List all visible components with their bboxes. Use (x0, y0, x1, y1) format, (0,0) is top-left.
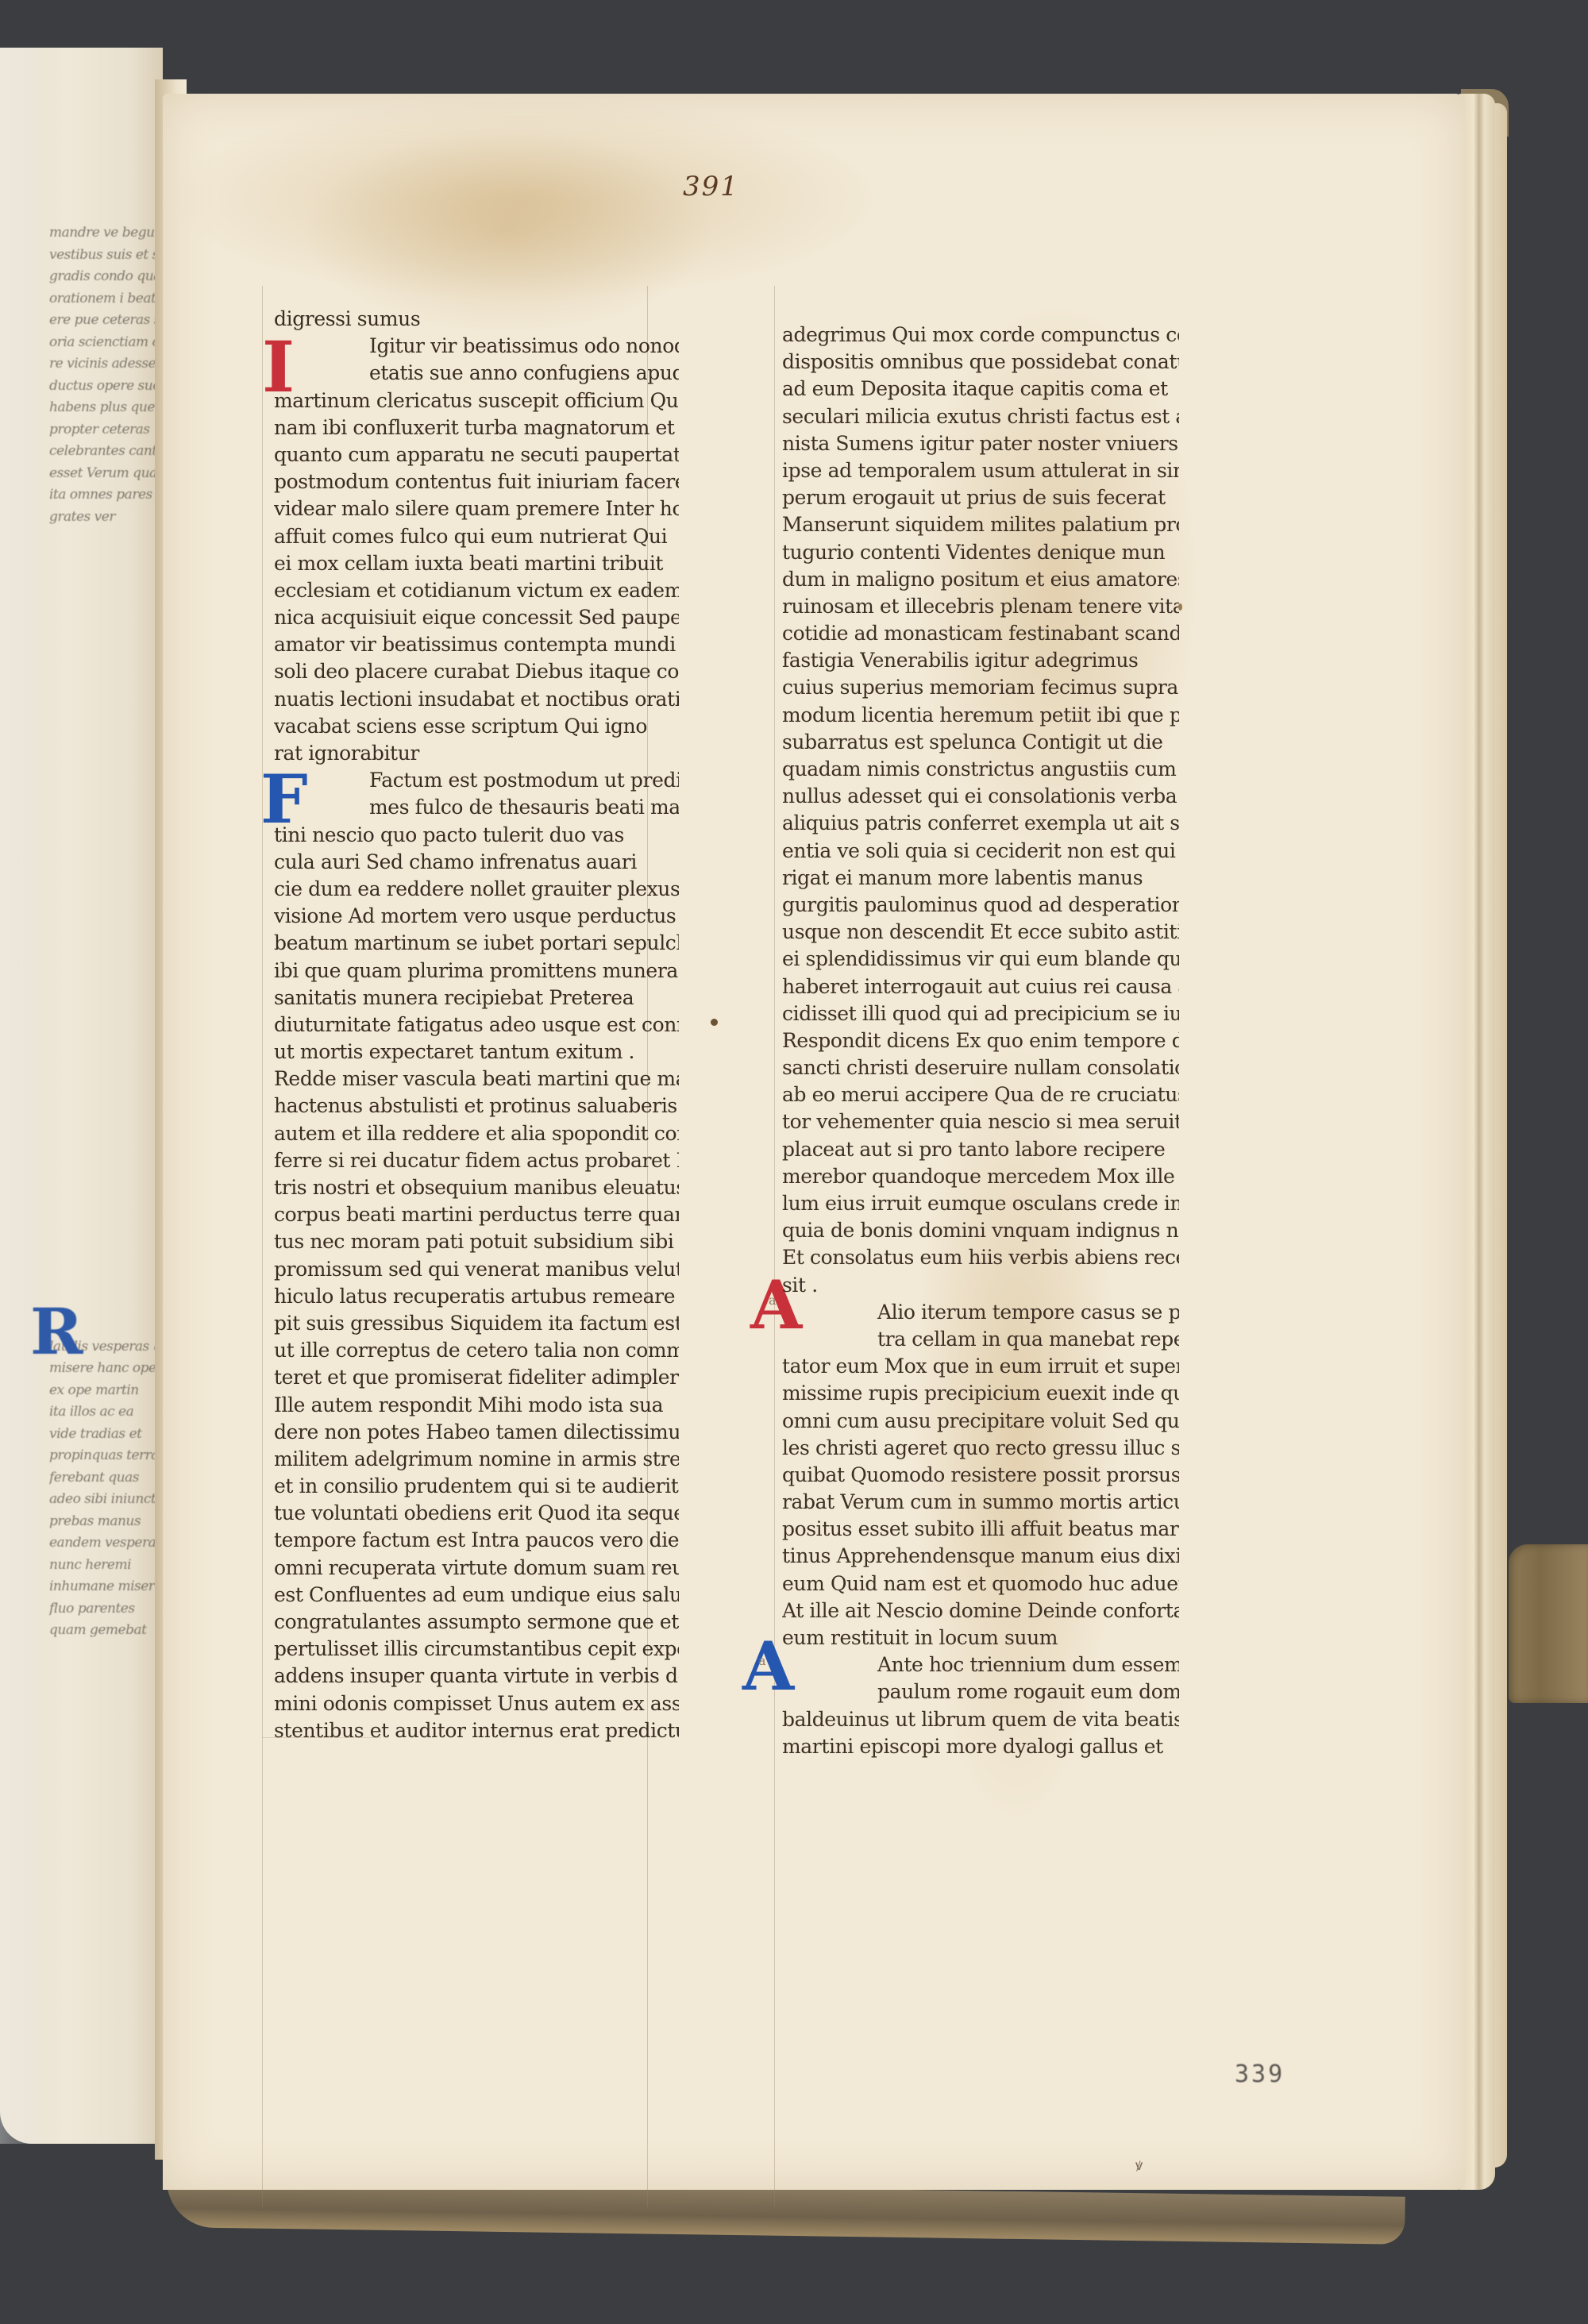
text-line: tra cellam in qua manebat repertus tem (782, 1326, 1179, 1353)
text-line: eum Quid nam est et quomodo huc aduenist… (782, 1571, 1179, 1598)
verso-text-line (49, 921, 160, 943)
ink-foliation-number: 391 (683, 171, 739, 202)
bottom-mark: ꝟ (1135, 2156, 1143, 2175)
verso-text-line (49, 1162, 160, 1184)
verso-text-line (49, 572, 160, 594)
verso-text-line (49, 769, 160, 791)
text-line: corpus beati martini perductus terre qua… (274, 1201, 679, 1228)
verso-text-line: nunc heremi (49, 1555, 160, 1577)
text-line: Ille autem respondit Mihi modo ista sua (274, 1392, 679, 1419)
verso-text-line: orationem i beati martini ope (49, 288, 160, 310)
verso-text-line: inhumane miser (49, 1576, 160, 1598)
text-line: gurgitis paulominus quod ad desperatione… (782, 892, 1179, 919)
verso-text-line (49, 1052, 160, 1074)
text-line: teret et que promiserat fideliter adimpl… (274, 1364, 679, 1391)
text-column-right: adegrimus Qui mox corde compunctus compu… (782, 322, 1179, 1760)
text-line: usque non descendit Et ecce subito astit… (782, 919, 1179, 946)
verso-text-line (49, 987, 160, 1009)
verso-text-line (49, 681, 160, 703)
text-line: cotidie ad monasticam festinabant scande… (782, 620, 1179, 647)
text-line: At ille ait Nescio domine Deinde confort… (782, 1598, 1179, 1624)
verso-text-line: ere pue ceteras sua a (49, 310, 160, 332)
text-line: aliquius patris conferret exempla ut ait… (782, 810, 1179, 837)
verso-text-line: ita omnes pares (49, 484, 160, 507)
text-line: diuturnitate fatigatus adeo usque est co… (274, 1012, 679, 1039)
verso-text-line (49, 615, 160, 638)
text-line: ad eum Deposita itaque capitis coma et (782, 376, 1179, 403)
verso-page-text: mandre ve beguinis scandalvestibus suis … (49, 222, 160, 1642)
text-line: soli deo placere curabat Diebus itaque c… (274, 658, 679, 685)
text-line: quadam nimis constrictus angustiis cum (782, 756, 1179, 783)
text-line: rigat ei manum more labentis manus (782, 865, 1179, 892)
text-line: tue voluntati obediens erit Quod ita seq… (274, 1500, 679, 1527)
text-line: Manserunt siquidem milites palatium pro … (782, 511, 1179, 538)
leather-clasp-tab (1509, 1544, 1588, 1703)
text-line: tini nescio quo pacto tulerit duo vas (274, 822, 679, 849)
verso-text-line: mandre ve beguinis scandal (49, 222, 160, 245)
verso-text-line (49, 1183, 160, 1205)
text-line: tator eum Mox que in eum irruit et super… (782, 1353, 1179, 1380)
verso-text-line (49, 1227, 160, 1249)
text-line: etatis sue anno confugiens apud beatum (274, 360, 679, 387)
text-line: ipse ad temporalem usum attulerat in sin… (782, 457, 1179, 484)
text-line: tus nec moram pati potuit subsidium sibi (274, 1228, 679, 1255)
verso-text-line (49, 943, 160, 965)
text-line: baldeuinus ut librum quem de vita beatis… (782, 1706, 1179, 1733)
text-line: nullus adesset qui ei consolationis verb… (782, 783, 1179, 810)
text-line: videar malo silere quam premere Inter ho… (274, 495, 679, 522)
verso-text-line: quam gemebat (49, 1620, 160, 1642)
verso-text-line: vestibus suis et suas vel scandal (49, 245, 160, 267)
text-line: Respondit dicens Ex quo enim tempore dom… (782, 1027, 1179, 1054)
text-line: nuatis lectioni insudabat et noctibus or… (274, 686, 679, 713)
text-line: hiculo latus recuperatis artubus remeare… (274, 1283, 679, 1310)
verso-text-line: celebrantes cantus (49, 441, 160, 463)
text-line: nista Sumens igitur pater noster vniuers… (782, 430, 1179, 457)
text-line: dere non potes Habeo tamen dilectissimum (274, 1419, 679, 1446)
verso-text-line (49, 746, 160, 769)
text-line: ab eo merui accipere Qua de re cruciatus (782, 1081, 1179, 1108)
verso-text-line (49, 1205, 160, 1228)
text-line: entia ve soli quia si ceciderit non est … (782, 838, 1179, 865)
verso-text-line (49, 725, 160, 747)
verso-text-line: adeo sibi iniunct (49, 1489, 160, 1511)
text-line: tinus Apprehendensque manum eius dixit a… (782, 1543, 1179, 1570)
text-line: digressi sumus (274, 306, 679, 333)
text-line: placeat aut si pro tanto labore recipere (782, 1136, 1179, 1163)
text-line: militem adelgrimum nomine in armis stren… (274, 1446, 679, 1473)
text-line: Ante hoc triennium dum essemus apud beat… (782, 1651, 1179, 1678)
verso-text-line (49, 790, 160, 812)
verso-text-line (49, 812, 160, 834)
text-line: dum in maligno positum et eius amatores (782, 566, 1179, 593)
verso-text-line: ductus opere suos locus (49, 376, 160, 398)
text-line: mini odonis compisset Unus autem ex assi (274, 1690, 679, 1717)
verso-initial-r: R (30, 1294, 83, 1369)
verso-text-line (49, 1096, 160, 1118)
text-line: haberet interrogauit aut cuius rei causa… (782, 973, 1179, 1000)
text-line: paulum rome rogauit eum dominus abbas (782, 1678, 1179, 1705)
verso-text-line: oria scienctiam ordine (49, 332, 160, 354)
text-line: rat ignorabitur (274, 740, 679, 767)
text-line: Alio iterum tempore casus se prebuit ut … (782, 1299, 1179, 1326)
verso-text-line: propter ceteras (49, 419, 160, 441)
verso-text-line: propinquas terras (49, 1445, 160, 1467)
verso-text-line: re vicinis adessent (49, 353, 160, 376)
text-line: hactenus abstulisti et protinus saluaber… (274, 1093, 679, 1120)
text-line: autem et illa reddere et alia spopondit … (274, 1120, 679, 1147)
text-line: beatum martinum se iubet portari sepulch… (274, 930, 679, 957)
text-line: omni recuperata virtute domum suam reuer… (274, 1555, 679, 1582)
text-line: lum eius irruit eumque osculans crede in… (782, 1190, 1179, 1217)
text-line: ut ille correptus de cetero talia non co… (274, 1337, 679, 1364)
text-line: est Confluentes ad eum undique eius salu… (274, 1582, 679, 1609)
text-line: cula auri Sed chamo infrenatus auari (274, 849, 679, 876)
text-line: missime rupis precipicium euexit inde qu… (782, 1380, 1179, 1407)
text-line: Et consolatus eum hiis verbis abiens rec… (782, 1244, 1179, 1271)
verso-text-line (49, 965, 160, 987)
verso-text-line (49, 1031, 160, 1053)
text-line: amator vir beatissimus contempta mundi g… (274, 631, 679, 658)
verso-text-line (49, 1074, 160, 1096)
text-line: fastigia Venerabilis igitur adegrimus (782, 647, 1179, 674)
ink-speck (711, 1019, 718, 1026)
text-line: adegrimus Qui mox corde compunctus compu… (782, 322, 1179, 349)
text-line: perum erogauit ut prius de suis fecerat (782, 484, 1179, 511)
guide-letter-a: a (769, 1293, 777, 1308)
verso-text-line: ferebant quas (49, 1467, 160, 1490)
text-line: pit suis gressibus Siquidem ita factum e… (274, 1310, 679, 1337)
verso-text-line (49, 638, 160, 660)
text-line: quanto cum apparatu ne secuti paupertati… (274, 441, 679, 468)
stamped-page-number: 339 (1235, 2060, 1285, 2088)
text-line: sit . (782, 1272, 1179, 1299)
text-line: nica acquisiuit eique concessit Sed paup… (274, 604, 679, 631)
text-line: ei splendidissimus vir qui eum blande qu… (782, 946, 1179, 973)
verso-text-line: esset Verum quam (49, 463, 160, 485)
verso-text-line (49, 1139, 160, 1162)
text-line: et in consilio prudentem qui si te audie… (274, 1473, 679, 1500)
text-line: ut mortis expectaret tantum exitum . (274, 1039, 679, 1066)
verso-text-line: eandem vespera (49, 1532, 160, 1555)
verso-text-line: grates ver (49, 507, 160, 529)
text-line: sancti christi deseruire nullam consolat… (782, 1054, 1179, 1081)
text-line: vacabat sciens esse scriptum Qui igno (274, 713, 679, 740)
text-line: addens insuper quanta virtute in verbis … (274, 1663, 679, 1690)
verso-text-line (49, 834, 160, 856)
text-line: tris nostri et obsequium manibus eleuatu… (274, 1174, 679, 1201)
text-line: tempore factum est Intra paucos vero die… (274, 1527, 679, 1554)
verso-text-line (49, 1008, 160, 1031)
verso-text-line: fluo parentes (49, 1598, 160, 1621)
verso-text-line: prebas manus (49, 1511, 160, 1533)
verso-text-line: vide tradias et (49, 1424, 160, 1446)
text-line: affuit comes fulco qui eum nutrierat Qui (274, 523, 679, 550)
text-line: mes fulco de thesauris beati mar (274, 794, 679, 821)
text-line: subarratus est spelunca Contigit ut die (782, 729, 1179, 756)
text-line: stentibus et auditor internus erat predi… (274, 1717, 679, 1744)
text-line: ruinosam et illecebris plenam tenere vit… (782, 593, 1179, 620)
verso-text-line (49, 900, 160, 922)
text-line: sanitatis munera recipiebat Preterea (274, 985, 679, 1012)
text-line: pertulisset illis circumstantibus cepit … (274, 1636, 679, 1663)
text-line: seculari milicia exutus christi factus e… (782, 403, 1179, 430)
verso-text-line: ita illos ac ea (49, 1401, 160, 1424)
text-line: ecclesiam et cotidianum victum ex eadem … (274, 577, 679, 604)
verso-page-highlight (0, 48, 56, 2144)
text-line: tor vehementer quia nescio si mea seruit… (782, 1108, 1179, 1135)
text-line: modum licentia heremum petiit ibi que pa… (782, 702, 1179, 729)
verso-text-line (49, 877, 160, 900)
text-line: martini episcopi more dyalogi gallus et (782, 1733, 1179, 1760)
text-line: cuius superius memoriam fecimus supra po… (782, 674, 1179, 701)
text-line: martinum clericatus suscepit officium Qu… (274, 387, 679, 414)
text-line: positus esset subito illi affuit beatus … (782, 1516, 1179, 1543)
ruling-right-outer (774, 286, 775, 2207)
verso-text-line: gradis condo quantum lacus (49, 266, 160, 288)
text-line: merebor quandoque mercedem Mox ille supe… (782, 1163, 1179, 1190)
text-line: visione Ad mortem vero usque perductus a… (274, 903, 679, 930)
verso-text-line (49, 528, 160, 550)
verso-text-line: ex ope martin (49, 1380, 160, 1402)
text-line: Redde miser vascula beati martini que ma… (274, 1066, 679, 1093)
text-line: congratulantes assumpto sermone que et q… (274, 1609, 679, 1636)
text-line: omni cum ausu precipitare voluit Sed quo… (782, 1408, 1179, 1435)
verso-text-line (49, 1270, 160, 1293)
text-line: les christi ageret quo recto gressu illu… (782, 1435, 1179, 1462)
verso-text-line (49, 1249, 160, 1271)
verso-text-line (49, 594, 160, 616)
verso-text-line (49, 703, 160, 725)
text-line: promissum sed qui venerat manibus veluti… (274, 1256, 679, 1283)
water-stain-top-left (302, 127, 715, 333)
text-line: ferre si rei ducatur fidem actus probare… (274, 1147, 679, 1174)
verso-text-line: habens plus que sua (49, 397, 160, 419)
text-line: dispositis omnibus que possidebat conatu… (782, 349, 1179, 376)
text-line: rabat Verum cum in summo mortis articulo (782, 1489, 1179, 1516)
text-line: quia de bonis domini vnquam indignus non… (782, 1217, 1179, 1244)
verso-text-line (49, 659, 160, 681)
text-line: eum restituit in locum suum (782, 1624, 1179, 1651)
ink-speck (1178, 603, 1182, 611)
guide-letter-a-2: a (758, 1653, 766, 1668)
text-line: cie dum ea reddere nollet grauiter plexu… (274, 876, 679, 903)
text-line: Factum est postmodum ut predictus co (274, 767, 679, 794)
text-line: tugurio contenti Videntes denique mun (782, 539, 1179, 566)
verso-text-line (49, 856, 160, 878)
text-line: ibi que quam plurima promittens munera n… (274, 958, 679, 985)
verso-text-line (49, 1118, 160, 1140)
verso-text-line (49, 550, 160, 572)
text-line: cidisset illi quod qui ad precipicium se… (782, 1000, 1179, 1027)
text-line: ei mox cellam iuxta beati martini tribui… (274, 550, 679, 577)
text-column-left: digressi sumusIgitur vir beatissimus odo… (274, 306, 679, 1744)
ruling-left-outer (262, 286, 263, 2207)
text-line: nam ibi confluxerit turba magnatorum et (274, 414, 679, 441)
text-line: postmodum contentus fuit iniuriam facere (274, 468, 679, 495)
text-line: quibat Quomodo resistere possit prorsus … (782, 1462, 1179, 1489)
text-line: Igitur vir beatissimus odo nonodecimo (274, 333, 679, 360)
